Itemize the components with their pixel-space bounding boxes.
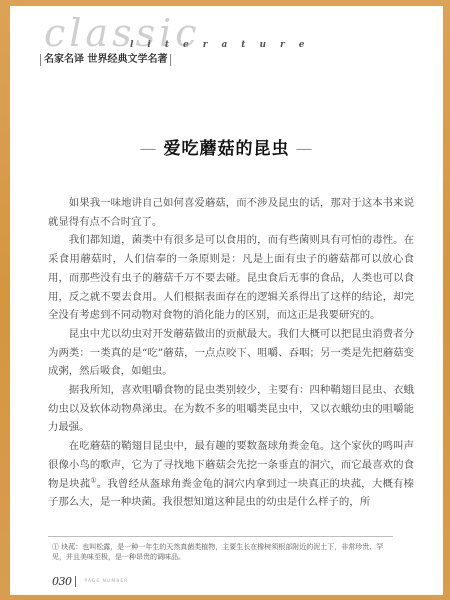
body-text: 如果我一味地讲自己如何喜爱蘑菇，而不涉及昆虫的话，那对于这本书来说就显得有点不合…	[48, 194, 414, 512]
footnote-divider	[48, 536, 393, 537]
page-footer: 030 PAGE NUMBER	[52, 576, 128, 587]
chapter-title: —爱吃蘑菇的昆虫—	[10, 134, 443, 159]
chapter-title-text: 爱吃蘑菇的昆虫	[164, 139, 290, 159]
page-number-label: PAGE NUMBER	[85, 579, 129, 584]
title-dash-right: —	[296, 139, 314, 159]
series-label: 名家名译 世界经典文学名著	[40, 54, 171, 66]
footnote: ① 块菰：也叫松露，是一种一年生的天然真菌类植物，主要生长在橡树须根部附近的泥土…	[52, 542, 397, 562]
paragraph: 我们都知道，菌类中有很多是可以食用的，而有些菌则具有可怕的毒性。在采食用蘑菇时，…	[48, 231, 414, 325]
paragraph-text-tail: 。我曾经从盔球角粪金龟的洞穴内拿到过一块真正的块菰，大概有榛子那么大，是一种块菌…	[48, 478, 414, 509]
title-dash-left: —	[140, 139, 158, 159]
paragraph: 昆虫中尤以幼虫对开发蘑菇做出的贡献最大。我们大概可以把昆虫消费者分为两类：一类真…	[48, 325, 414, 381]
paragraph: 据我所知，喜欢咀嚼食物的昆虫类别较少，主要有：四种鞘翅目昆虫、衣蛾幼虫以及软体动…	[48, 381, 414, 437]
book-page: classic literature 名家名译 世界经典文学名著 —爱吃蘑菇的昆…	[10, 6, 443, 595]
paragraph: 在吃蘑菇的鞘翅目昆虫中，最有趣的要数盔球角粪金龟。这个家伙的鸣叫声很像小鸟的歌声…	[48, 437, 414, 512]
paragraph: 如果我一味地讲自己如何喜爱蘑菇，而不涉及昆虫的话，那对于这本书来说就显得有点不合…	[48, 194, 414, 231]
header-spaced-word: literature	[130, 40, 318, 50]
page-number: 030	[52, 576, 76, 587]
